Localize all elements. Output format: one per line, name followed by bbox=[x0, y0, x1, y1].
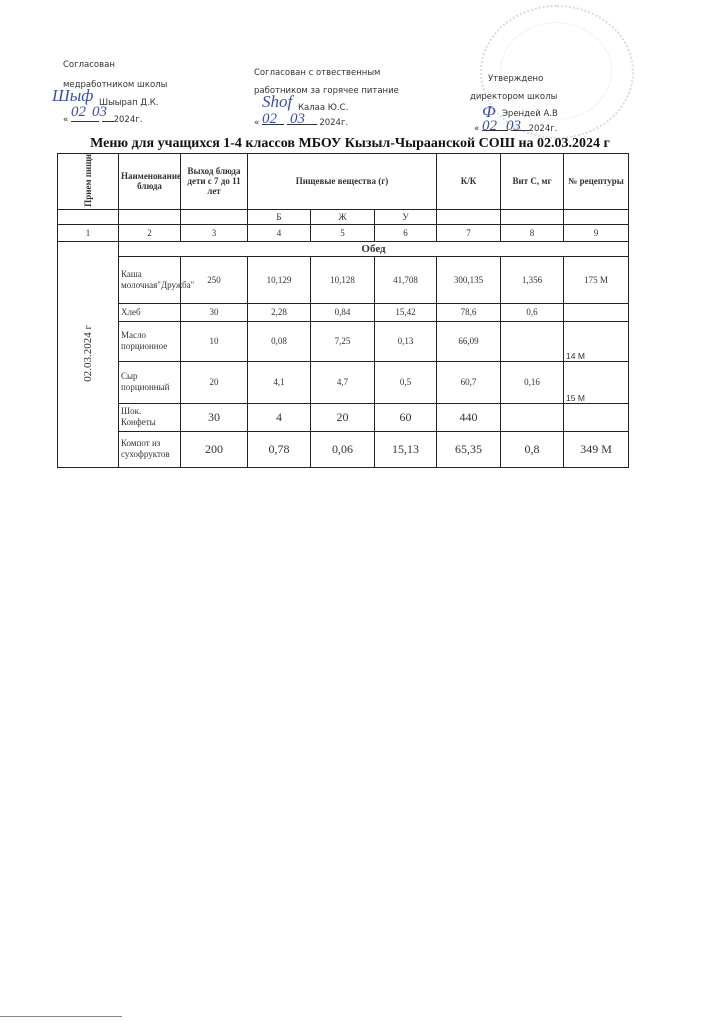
portion: 30 bbox=[181, 403, 248, 431]
protein: 0,78 bbox=[248, 431, 311, 467]
subheader-u: У bbox=[375, 209, 437, 224]
vitamin-c: 0,16 bbox=[501, 361, 564, 403]
header-portion: Выход блюда дети с 7 до 11 лет bbox=[181, 154, 248, 210]
date-day-medical: 02 bbox=[71, 104, 86, 121]
col-number: 2 bbox=[119, 224, 181, 241]
col-number: 5 bbox=[311, 224, 375, 241]
table-row: Каша молочная"Дружба" 250 10,129 10,128 … bbox=[58, 256, 629, 303]
col-number: 1 bbox=[58, 224, 119, 241]
portion: 10 bbox=[181, 321, 248, 361]
dish-name: Каша молочная"Дружба" bbox=[119, 256, 181, 303]
fat: 10,128 bbox=[311, 256, 375, 303]
date-day-food: 02 bbox=[262, 111, 277, 128]
vitamin-c: 0,8 bbox=[501, 431, 564, 467]
header-recipe: № рецептуры bbox=[564, 154, 629, 210]
table-row: Компот из сухофруктов 200 0,78 0,06 15,1… bbox=[58, 431, 629, 467]
date-month-food: 03 bbox=[290, 111, 305, 128]
header-meal: Прием пищи bbox=[58, 154, 119, 210]
header-dish: Наименование блюда bbox=[119, 154, 181, 210]
vitamin-c bbox=[501, 321, 564, 361]
table-row: Хлеб 30 2,28 0,84 15,42 78,6 0,6 bbox=[58, 303, 629, 321]
protein: 0,08 bbox=[248, 321, 311, 361]
dish-name: Шок. Конфеты bbox=[119, 403, 181, 431]
table-row: Сыр порционный 20 4,1 4,7 0,5 60,7 0,16 … bbox=[58, 361, 629, 403]
recipe-number bbox=[564, 403, 629, 431]
section-row: 02.03.2024 г Обед bbox=[58, 241, 629, 256]
fat: 4,7 bbox=[311, 361, 375, 403]
meal-date-cell: 02.03.2024 г bbox=[58, 241, 119, 467]
carbs: 41,708 bbox=[375, 256, 437, 303]
col-number: 3 bbox=[181, 224, 248, 241]
dish-name: Масло порционное bbox=[119, 321, 181, 361]
header-kk: К/К bbox=[437, 154, 501, 210]
column-number-row: 1 2 3 4 5 6 7 8 9 bbox=[58, 224, 629, 241]
kcal: 65,35 bbox=[437, 431, 501, 467]
col-number: 7 bbox=[437, 224, 501, 241]
carbs: 0,13 bbox=[375, 321, 437, 361]
kcal: 440 bbox=[437, 403, 501, 431]
portion: 200 bbox=[181, 431, 248, 467]
recipe-number bbox=[564, 303, 629, 321]
col-number: 6 bbox=[375, 224, 437, 241]
carbs: 15,42 bbox=[375, 303, 437, 321]
dish-name: Сыр порционный bbox=[119, 361, 181, 403]
date-month-medical: 03 bbox=[92, 104, 107, 121]
col-number: 9 bbox=[564, 224, 629, 241]
recipe-number: 175 М bbox=[564, 256, 629, 303]
recipe-number: 15 М bbox=[564, 361, 629, 403]
dish-name: Хлеб bbox=[119, 303, 181, 321]
fat: 7,25 bbox=[311, 321, 375, 361]
vitamin-c bbox=[501, 403, 564, 431]
vitamin-c: 0,6 bbox=[501, 303, 564, 321]
subheader-row: Б Ж У bbox=[58, 209, 629, 224]
carbs: 15,13 bbox=[375, 431, 437, 467]
menu-table: Прием пищи Наименование блюда Выход блюд… bbox=[57, 153, 629, 468]
section-obed: Обед bbox=[119, 241, 629, 256]
subheader-b: Б bbox=[248, 209, 311, 224]
col-number: 8 bbox=[501, 224, 564, 241]
kcal: 300,135 bbox=[437, 256, 501, 303]
fat: 0,84 bbox=[311, 303, 375, 321]
dish-name: Компот из сухофруктов bbox=[119, 431, 181, 467]
kcal: 60,7 bbox=[437, 361, 501, 403]
date-month-director: 03 bbox=[506, 118, 521, 135]
protein: 2,28 bbox=[248, 303, 311, 321]
header-row: Прием пищи Наименование блюда Выход блюд… bbox=[58, 154, 629, 210]
header-vitc: Вит С, мг bbox=[501, 154, 564, 210]
header-nutrients: Пищевые вещества (г) bbox=[248, 154, 437, 210]
kcal: 78,6 bbox=[437, 303, 501, 321]
table-row: Масло порционное 10 0,08 7,25 0,13 66,09… bbox=[58, 321, 629, 361]
recipe-number: 14 М bbox=[564, 321, 629, 361]
page-title: Меню для учащихся 1-4 классов МБОУ Кызыл… bbox=[60, 136, 640, 152]
recipe-number: 349 М bbox=[564, 431, 629, 467]
protein: 10,129 bbox=[248, 256, 311, 303]
protein: 4 bbox=[248, 403, 311, 431]
kcal: 66,09 bbox=[437, 321, 501, 361]
date-day-director: 02 bbox=[482, 118, 497, 135]
protein: 4,1 bbox=[248, 361, 311, 403]
signature-medical: Шыф bbox=[52, 86, 93, 106]
carbs: 0,5 bbox=[375, 361, 437, 403]
portion: 30 bbox=[181, 303, 248, 321]
approval-medical-line1: Согласован bbox=[63, 60, 167, 71]
scan-edge-line bbox=[0, 1016, 122, 1017]
approval-food-line1: Согласован с отвественным bbox=[254, 68, 399, 79]
signature-food: Shof bbox=[262, 92, 292, 112]
fat: 20 bbox=[311, 403, 375, 431]
carbs: 60 bbox=[375, 403, 437, 431]
vitamin-c: 1,356 bbox=[501, 256, 564, 303]
portion: 20 bbox=[181, 361, 248, 403]
col-number: 4 bbox=[248, 224, 311, 241]
approval-director-line1: Утверждено bbox=[470, 74, 558, 85]
fat: 0,06 bbox=[311, 431, 375, 467]
table-row: Шок. Конфеты 30 4 20 60 440 bbox=[58, 403, 629, 431]
subheader-zh: Ж bbox=[311, 209, 375, 224]
